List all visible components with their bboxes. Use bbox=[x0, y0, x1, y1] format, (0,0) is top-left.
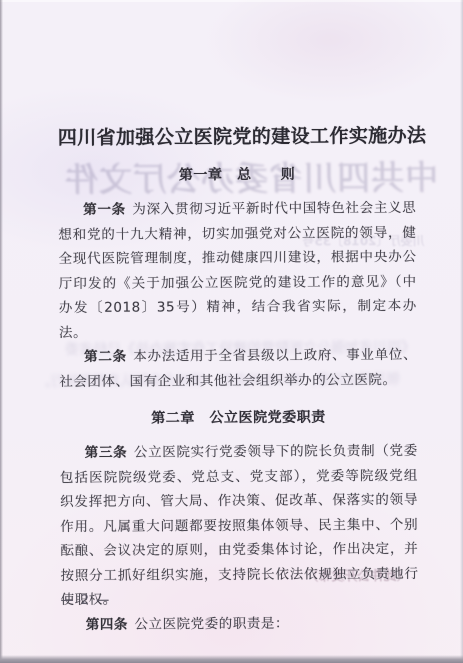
article-text: 公立医院党委的职责是： bbox=[134, 615, 289, 632]
page-number-footer: — 2 — bbox=[61, 593, 111, 608]
document-content: 四川省加强公立医院党的建设工作实施办法 第一章 总 则第一条为深入贯彻习近平新时… bbox=[57, 0, 419, 637]
chapter-heading: 第一章 总 则 bbox=[58, 165, 416, 185]
article-text: 为深入贯彻习近平新时代中国特色社会主义思想和党的十九大精神，切实加强党对公立医院… bbox=[58, 200, 417, 341]
article-number: 第三条 bbox=[85, 445, 128, 461]
document-title: 四川省加强公立医院党的建设工作实施办法 bbox=[58, 123, 416, 151]
article-number: 第二条 bbox=[84, 349, 127, 365]
article-number: 第一条 bbox=[83, 202, 126, 218]
paragraph: 第一条为深入贯彻习近平新时代中国特色社会主义思想和党的十九大精神，切实加强党对公… bbox=[58, 196, 417, 345]
article-number: 第四条 bbox=[86, 616, 128, 632]
paragraph: 第二条本办法适用于全省县级以上政府、事业单位、社会团体、国有企业和其他社会组织举… bbox=[59, 343, 417, 394]
paper-sheet: 中共四川省委办公厅文件 川委厅〔2018〕35号 《四川省加强公立医院党的建设工… bbox=[0, 0, 463, 663]
chapter-heading: 第二章 公立医院党委职责 bbox=[59, 408, 417, 428]
article-text: 公立医院实行党委领导下的院长负责制（党委包括医院院级党委、党总支、党支部），党委… bbox=[60, 443, 419, 608]
paragraph: 第三条公立医院实行党委领导下的院长负责制（党委包括医院院级党委、党总支、党支部）… bbox=[60, 439, 419, 613]
scanned-document-page: 中共四川省委办公厅文件 川委厅〔2018〕35号 《四川省加强公立医院党的建设工… bbox=[0, 0, 463, 663]
paragraph: 第四条公立医院党委的职责是： bbox=[61, 610, 419, 637]
document-blocks: 第一章 总 则第一条为深入贯彻习近平新时代中国特色社会主义思想和党的十九大精神，… bbox=[58, 165, 419, 637]
